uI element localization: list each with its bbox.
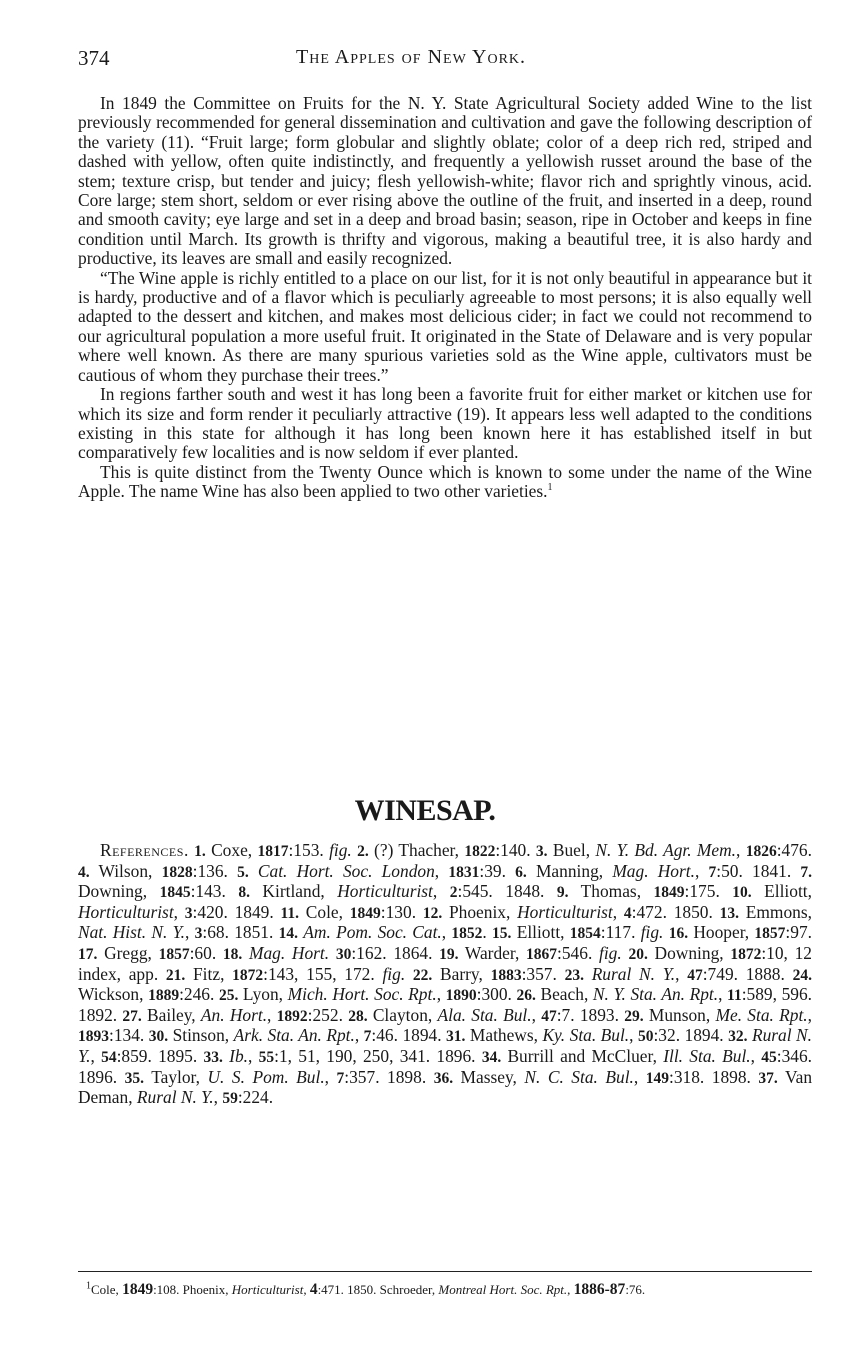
ref-text [242, 943, 249, 963]
italic-title: fig. [382, 964, 405, 984]
italic-title: fig. [599, 943, 622, 963]
ref-text: :357. [522, 964, 557, 984]
reference-item: 18. Mag. Hort. 30:162. 1864. [223, 943, 433, 963]
volume-number: 47 [541, 1008, 557, 1025]
ref-text: Wickson, [78, 984, 148, 1004]
ref-text: Munson, [644, 1005, 716, 1025]
reference-number: 34. [482, 1049, 501, 1066]
reference-number: 20. [628, 946, 647, 963]
volume-number: 54 [101, 1049, 117, 1066]
reference-item: 2. (?) Thacher, 1822:140. [357, 840, 530, 860]
ref-text: , [355, 1025, 364, 1045]
italic-title: Horticulturist [517, 902, 613, 922]
volume-number: 1883 [491, 967, 522, 984]
reference-item: 9. Thomas, 1849:175. [557, 881, 720, 901]
volume-number: 1872 [232, 967, 263, 984]
ref-text: , [248, 1046, 259, 1066]
reference-number: 33. [204, 1049, 223, 1066]
reference-item: 28. Clayton, Ala. Sta. Bul., 47:7. 1893. [348, 1005, 619, 1025]
reference-number: 2. [357, 843, 369, 860]
volume-number: 1893 [78, 1028, 109, 1045]
volume-number: 11 [727, 987, 742, 1004]
ref-text: :252. [308, 1005, 343, 1025]
ref-text: , [174, 902, 185, 922]
reference-item: 1. Coxe, 1817:153. fig. [194, 840, 352, 860]
reference-number: 10. [732, 884, 751, 901]
reference-number: 21. [166, 967, 185, 984]
references: References. 1. Coxe, 1817:153. fig. 2. (… [78, 841, 812, 1109]
reference-number: 18. [223, 946, 242, 963]
italic-title: Horticulturist [337, 881, 433, 901]
volume-number: 4 [624, 905, 632, 922]
reference-item: 8. Kirtland, Horticulturist, 2:545. 1848… [238, 881, 544, 901]
ref-text: :472. 1850. [632, 902, 713, 922]
italic-title: Montreal Hort. Soc. Rpt. [438, 1282, 567, 1297]
ref-text: :1, 51, 190, 250, 341. 1896. [274, 1046, 475, 1066]
page-number: 374 [78, 46, 110, 71]
volume-number: 1828 [162, 864, 193, 881]
reference-item: 19. Warder, 1867:546. fig. [439, 943, 622, 963]
reference-item: 14. Am. Pom. Soc. Cat., 1852. [279, 922, 487, 942]
ref-text: :32. 1894. [653, 1025, 723, 1045]
ref-text: , [442, 922, 452, 942]
ref-text: , [736, 840, 746, 860]
volume-number: 1857 [754, 925, 785, 942]
reference-number: 13. [720, 905, 739, 922]
ref-text: , [718, 984, 727, 1004]
ref-text: Thomas, [569, 881, 654, 901]
volume-number: 1817 [257, 843, 288, 860]
running-title: The Apples of New York. [296, 46, 526, 69]
reference-item: 16. Hooper, 1857:97. [669, 922, 812, 942]
italic-title: An. Hort. [201, 1005, 267, 1025]
reference-item: 11. Cole, 1849:130. [281, 902, 417, 922]
ref-text: :162. 1864. [351, 943, 432, 963]
reference-number: 15. [492, 925, 511, 942]
reference-item: 30. Stinson, Ark. Sta. An. Rpt., 7:46. 1… [149, 1025, 442, 1045]
reference-number: 32. [728, 1028, 747, 1045]
ref-text: Kirtland, [250, 881, 337, 901]
ref-text: Phoenix, [442, 902, 517, 922]
italic-title: N. Y. Sta. An. Rpt. [593, 984, 718, 1004]
volume-number: 1849 [350, 905, 381, 922]
ref-text: Emmons, [739, 902, 812, 922]
ref-text: :546. [557, 943, 599, 963]
italic-title: Horticulturist [78, 902, 174, 922]
volume-number: 1854 [570, 925, 601, 942]
reference-number: 24. [793, 967, 812, 984]
ref-text: Warder, [459, 943, 526, 963]
reference-number: 37. [758, 1070, 777, 1087]
footnote-marker: 1 [548, 482, 553, 493]
volume-number: 1849 [122, 1281, 153, 1298]
ref-text: :545. 1848. [458, 881, 545, 901]
ref-text: :134. [109, 1025, 144, 1045]
volume-number: 149 [646, 1070, 669, 1087]
section-title: WINESAP. [0, 794, 850, 828]
reference-number: 35. [125, 1070, 144, 1087]
ref-text: Coxe, [206, 840, 258, 860]
reference-number: 29. [624, 1008, 643, 1025]
ref-text: :357. 1898. [344, 1067, 426, 1087]
reference-item: 22. Barry, 1883:357. [413, 964, 557, 984]
ref-text: , [808, 1005, 812, 1025]
paragraph: In regions farther south and west it has… [78, 385, 812, 463]
volume-number: 45 [761, 1049, 777, 1066]
ref-text: Hooper, [688, 922, 754, 942]
footnote-rule [78, 1271, 812, 1272]
reference-number: 4. [78, 864, 90, 881]
reference-number: 6. [515, 864, 527, 881]
reference-item: 35. Taylor, U. S. Pom. Bul., 7:357. 1898… [125, 1067, 427, 1087]
italic-title: Ala. Sta. Bul. [438, 1005, 532, 1025]
ref-text [249, 861, 258, 881]
book-page: 374 The Apples of New York. In 1849 the … [0, 0, 850, 1349]
volume-number: 55 [259, 1049, 275, 1066]
italic-title: Am. Pom. Soc. Cat. [303, 922, 442, 942]
italic-title: fig. [641, 922, 664, 942]
ref-text: :117. [601, 922, 641, 942]
ref-text: Bailey, [142, 1005, 201, 1025]
ref-text: Burrill and McCluer, [501, 1046, 663, 1066]
body-text: In 1849 the Committee on Fruits for the … [78, 94, 812, 502]
ref-text: :859. 1895. [117, 1046, 198, 1066]
ref-text: , [634, 1067, 646, 1087]
italic-title: Mag. Hort. [249, 943, 329, 963]
ref-text: :476. [777, 840, 812, 860]
ref-text: :420. 1849. [193, 902, 274, 922]
ref-text: Manning, [527, 861, 613, 881]
reference-item: 36. Massey, N. C. Sta. Bul., 149:318. 18… [434, 1067, 751, 1087]
italic-title: Rural N. Y. [592, 964, 675, 984]
ref-text: , [433, 881, 450, 901]
ref-text: :318. 1898. [669, 1067, 751, 1087]
reference-item: 3. Buel, N. Y. Bd. Agr. Mem., 1826:476. [536, 840, 812, 860]
ref-text: , [613, 902, 624, 922]
footnote: 1Cole, 1849:108. Phoenix, Horticulturist… [78, 1281, 812, 1298]
reference-item: 31. Mathews, Ky. Sta. Bul., 50:32. 1894. [446, 1025, 724, 1045]
reference-item: 33. Ib., 55:1, 51, 190, 250, 341. 1896. [204, 1046, 476, 1066]
paragraph: “The Wine apple is richly entitled to a … [78, 269, 812, 385]
ref-text: Mathews, [465, 1025, 542, 1045]
ref-text: :175. [685, 881, 720, 901]
italic-title: Mag. Hort. [612, 861, 695, 881]
ref-text: :68. 1851. [202, 922, 273, 942]
volume-number: 1890 [446, 987, 477, 1004]
ref-text: , [325, 1067, 337, 1087]
reference-number: 25. [219, 987, 238, 1004]
volume-number: 4 [310, 1281, 318, 1298]
ref-text: :143. [191, 881, 226, 901]
ref-text: Fitz, [185, 964, 232, 984]
reference-number: 19. [439, 946, 458, 963]
volume-number: 1867 [526, 946, 557, 963]
reference-number: 8. [238, 884, 250, 901]
italic-title: Rural N. Y. [137, 1087, 214, 1107]
reference-number: 12. [423, 905, 442, 922]
ref-text: Elliott, [511, 922, 569, 942]
paragraph: In 1849 the Committee on Fruits for the … [78, 94, 812, 269]
volume-number: 1852 [451, 925, 482, 942]
reference-item: 6. Manning, Mag. Hort., 7:50. 1841. [515, 861, 791, 881]
reference-item: 21. Fitz, 1872:143, 155, 172. fig. [166, 964, 405, 984]
ref-text [329, 943, 336, 963]
reference-item: 4. Wilson, 1828:136. [78, 861, 228, 881]
volume-number: 1845 [160, 884, 191, 901]
ref-text: (?) Thacher, [369, 840, 465, 860]
reference-number: 11. [281, 905, 300, 922]
ref-text: :749. 1888. [703, 964, 785, 984]
ref-text: :76. [625, 1282, 645, 1297]
ref-text: , [90, 1046, 101, 1066]
reference-number: 7. [800, 864, 812, 881]
reference-item: 23. Rural N. Y., 47:749. 1888. [565, 964, 785, 984]
ref-text: :60. [190, 943, 217, 963]
ref-text: , [437, 984, 446, 1004]
volume-number: 1872 [730, 946, 761, 963]
ref-text: , [751, 1046, 762, 1066]
ref-text: Cole, [91, 1282, 122, 1297]
ref-text: :136. [193, 861, 228, 881]
italic-title: U. S. Pom. Bul. [208, 1067, 325, 1087]
reference-number: 31. [446, 1028, 465, 1045]
ref-text: Taylor, [144, 1067, 207, 1087]
ref-text: :140. [495, 840, 530, 860]
ref-text: Barry, [432, 964, 490, 984]
italic-title: Horticulturist [232, 1282, 304, 1297]
italic-title: Nat. Hist. N. Y. [78, 922, 185, 942]
ref-text: :300. [477, 984, 512, 1004]
volume-number: 1831 [448, 864, 479, 881]
italic-title: Ark. Sta. An. Rpt. [234, 1025, 355, 1045]
ref-text [584, 964, 592, 984]
volume-number: 47 [687, 967, 703, 984]
reference-number: 17. [78, 946, 97, 963]
italic-title: N. C. Sta. Bul. [524, 1067, 633, 1087]
references-paragraph: References. 1. Coxe, 1817:153. fig. 2. (… [78, 841, 812, 1109]
ref-text: , [695, 861, 709, 881]
ref-text: :143, 155, 172. [263, 964, 382, 984]
ref-text: Cole, [299, 902, 350, 922]
ref-text: Elliott, [752, 881, 812, 901]
reference-number: 22. [413, 967, 432, 984]
reference-number: 28. [348, 1008, 367, 1025]
ref-text: :153. [288, 840, 329, 860]
ref-text: Lyon, [238, 984, 287, 1004]
volume-number: 50 [638, 1028, 654, 1045]
volume-number: 30 [336, 946, 352, 963]
footnote-paragraph: 1Cole, 1849:108. Phoenix, Horticulturist… [78, 1281, 812, 1298]
italic-title: Me. Sta. Rpt. [715, 1005, 807, 1025]
reference-number: 1. [194, 843, 206, 860]
ref-text: Stinson, [168, 1025, 233, 1045]
italic-title: Ib. [229, 1046, 248, 1066]
ref-text: :130. [381, 902, 416, 922]
reference-number: 9. [557, 884, 569, 901]
volume-number: 1822 [464, 843, 495, 860]
volume-number: 1892 [277, 1008, 308, 1025]
reference-item: 27. Bailey, An. Hort., 1892:252. [122, 1005, 343, 1025]
ref-text: , [185, 922, 195, 942]
ref-text: Buel, [548, 840, 596, 860]
ref-text: Clayton, [368, 1005, 438, 1025]
reference-number: 16. [669, 925, 688, 942]
italic-title: Cat. Hort. Soc. London [258, 861, 435, 881]
ref-text: , [532, 1005, 542, 1025]
volume-number: 3 [185, 905, 193, 922]
reference-number: 3. [536, 843, 548, 860]
ref-text: :39. [479, 861, 506, 881]
paragraph-text: This is quite distinct from the Twenty O… [78, 462, 812, 501]
reference-number: 5. [237, 864, 249, 881]
ref-text: , [267, 1005, 277, 1025]
reference-number: 27. [122, 1008, 141, 1025]
ref-text: :46. 1894. [371, 1025, 441, 1045]
italic-title: fig. [329, 840, 352, 860]
volume-number: 1826 [746, 843, 777, 860]
ref-text: . [482, 922, 486, 942]
ref-text: Downing, [78, 881, 160, 901]
ref-text: :50. 1841. [716, 861, 791, 881]
reference-item: 25. Lyon, Mich. Hort. Soc. Rpt., 1890:30… [219, 984, 512, 1004]
ref-text: :97. [785, 922, 812, 942]
ref-text: Gregg, [97, 943, 158, 963]
italic-title: Ky. Sta. Bul. [542, 1025, 629, 1045]
ref-text: , [435, 861, 449, 881]
ref-text: , [214, 1087, 223, 1107]
volume-number: 2 [450, 884, 458, 901]
volume-number: 1889 [148, 987, 179, 1004]
reference-number: 36. [434, 1070, 453, 1087]
volume-number: 1857 [159, 946, 190, 963]
volume-number: 1886-87 [574, 1281, 626, 1298]
italic-title: Mich. Hort. Soc. Rpt. [288, 984, 437, 1004]
ref-text: Wilson, [90, 861, 162, 881]
ref-text: , [629, 1025, 638, 1045]
ref-text: , [675, 964, 687, 984]
volume-number: 59 [222, 1090, 238, 1107]
italic-title: Ill. Sta. Bul. [663, 1046, 750, 1066]
ref-text: Massey, [453, 1067, 524, 1087]
ref-text: :471. 1850. Schroeder, [318, 1282, 439, 1297]
references-label: References. [100, 840, 189, 860]
ref-text: Beach, [536, 984, 593, 1004]
ref-text: :108. Phoenix, [153, 1282, 232, 1297]
ref-text: :224. [238, 1087, 273, 1107]
running-head: 374 The Apples of New York. [78, 46, 810, 76]
ref-text: :7. 1893. [557, 1005, 619, 1025]
reference-number: 30. [149, 1028, 168, 1045]
reference-item: 5. Cat. Hort. Soc. London, 1831:39. [237, 861, 506, 881]
ref-text: Downing, [648, 943, 731, 963]
italic-title: N. Y. Bd. Agr. Mem. [595, 840, 736, 860]
reference-number: 14. [279, 925, 298, 942]
reference-item: 15. Elliott, 1854:117. fig. [492, 922, 663, 942]
ref-text: :246. [179, 984, 214, 1004]
reference-item: 17. Gregg, 1857:60. [78, 943, 216, 963]
volume-number: 1849 [654, 884, 685, 901]
reference-number: 26. [517, 987, 536, 1004]
reference-item: 12. Phoenix, Horticulturist, 4:472. 1850… [423, 902, 713, 922]
paragraph: This is quite distinct from the Twenty O… [78, 463, 812, 502]
reference-number: 23. [565, 967, 584, 984]
